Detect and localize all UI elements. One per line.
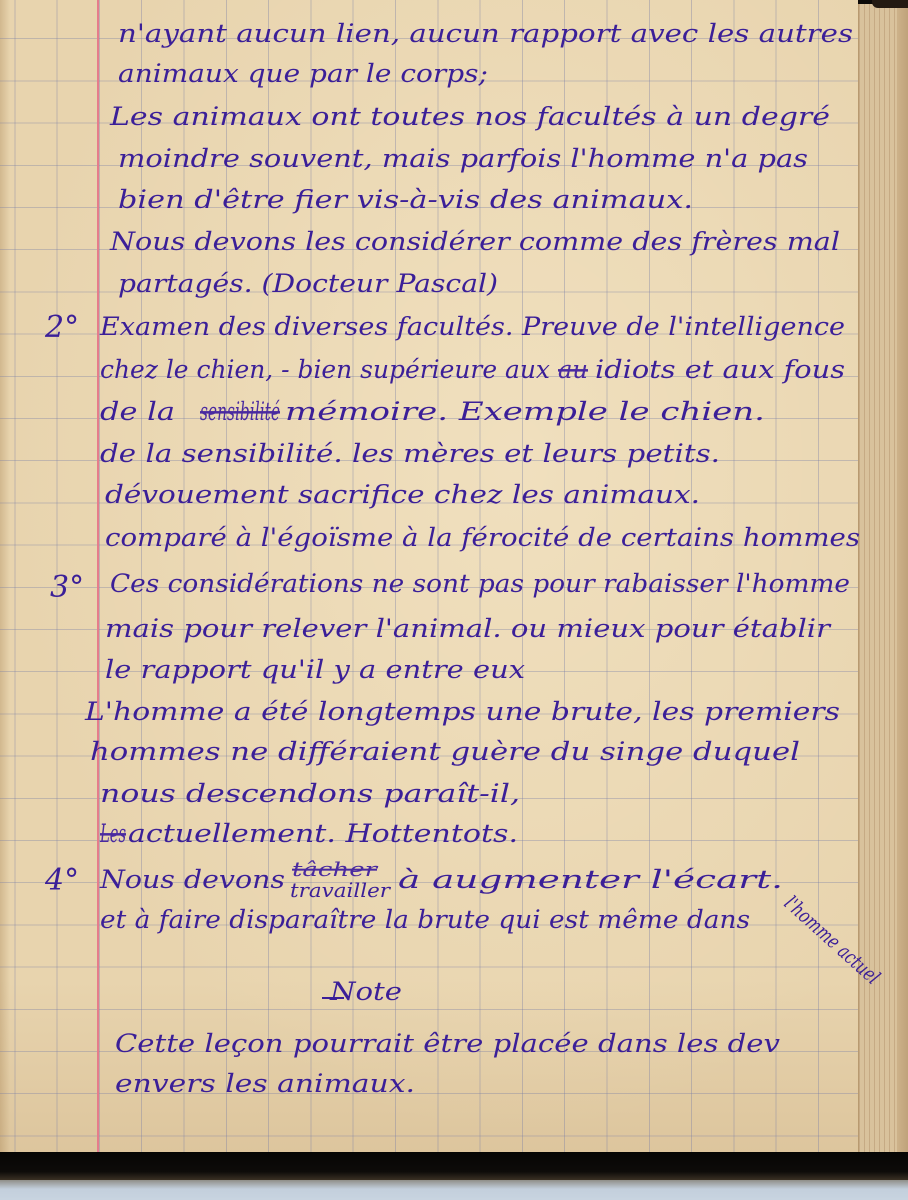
line-10a: de la bbox=[100, 397, 175, 426]
line-13: comparé à l'égoïsme à la férocité de cer… bbox=[105, 523, 860, 552]
line-24: envers les animaux. bbox=[115, 1069, 415, 1098]
line-8: Examen des diverses facultés. Preuve de … bbox=[99, 312, 845, 341]
struck-word: au bbox=[558, 355, 588, 384]
struck-word: Les bbox=[99, 819, 126, 848]
inserted-word: travailler bbox=[290, 878, 392, 902]
line-9a: chez le chien, - bien supérieure aux bbox=[100, 355, 550, 384]
line-11: de la sensibilité. les mères et leurs pe… bbox=[100, 439, 720, 468]
line-23: Cette leçon pourrait être placée dans le… bbox=[115, 1029, 780, 1058]
line-21a: Nous devons bbox=[99, 865, 285, 894]
line-15: mais pour relever l'animal. ou mieux pou… bbox=[105, 614, 832, 643]
line-10b: mémoire. Exemple le chien. bbox=[285, 397, 765, 426]
line-20: actuellement. Hottentots. bbox=[128, 819, 518, 848]
note-heading: Note bbox=[329, 977, 402, 1006]
line-12: dévouement sacrifice chez les animaux. bbox=[105, 480, 700, 509]
line-9b: idiots et aux fous bbox=[595, 355, 845, 384]
line-2: animaux que par le corps; bbox=[118, 59, 488, 88]
line-1: n'ayant aucun lien, aucun rapport avec l… bbox=[118, 19, 853, 48]
line-4: moindre souvent, mais parfois l'homme n'… bbox=[118, 144, 808, 173]
struck-word: sensibilité bbox=[200, 397, 280, 426]
line-14: Ces considérations ne sont pas pour raba… bbox=[110, 569, 850, 598]
line-17: L'homme a été longtemps une brute, les p… bbox=[84, 697, 840, 726]
handwritten-text: n'ayant aucun lien, aucun rapport avec l… bbox=[0, 0, 908, 1200]
margin-number-2: 2° bbox=[44, 310, 79, 345]
line-7: partagés. (Docteur Pascal) bbox=[118, 269, 498, 298]
line-3: Les animaux ont toutes nos facultés à un… bbox=[109, 102, 830, 131]
line-21b: à augmenter l'écart. bbox=[398, 865, 783, 894]
margin-number-4: 4° bbox=[44, 863, 79, 898]
line-6: Nous devons les considérer comme des frè… bbox=[109, 227, 840, 256]
line-5: bien d'être fier vis-à-vis des animaux. bbox=[118, 185, 693, 214]
line-18: hommes ne différaient guère du singe duq… bbox=[90, 737, 800, 766]
line-19: nous descendons paraît-il, bbox=[100, 779, 520, 808]
margin-number-3: 3° bbox=[50, 570, 84, 605]
line-16: le rapport qu'il y a entre eux bbox=[105, 655, 525, 684]
line-22b-slanted: l'homme actuel bbox=[780, 891, 885, 989]
line-22a: et à faire disparaître la brute qui est … bbox=[100, 905, 750, 934]
